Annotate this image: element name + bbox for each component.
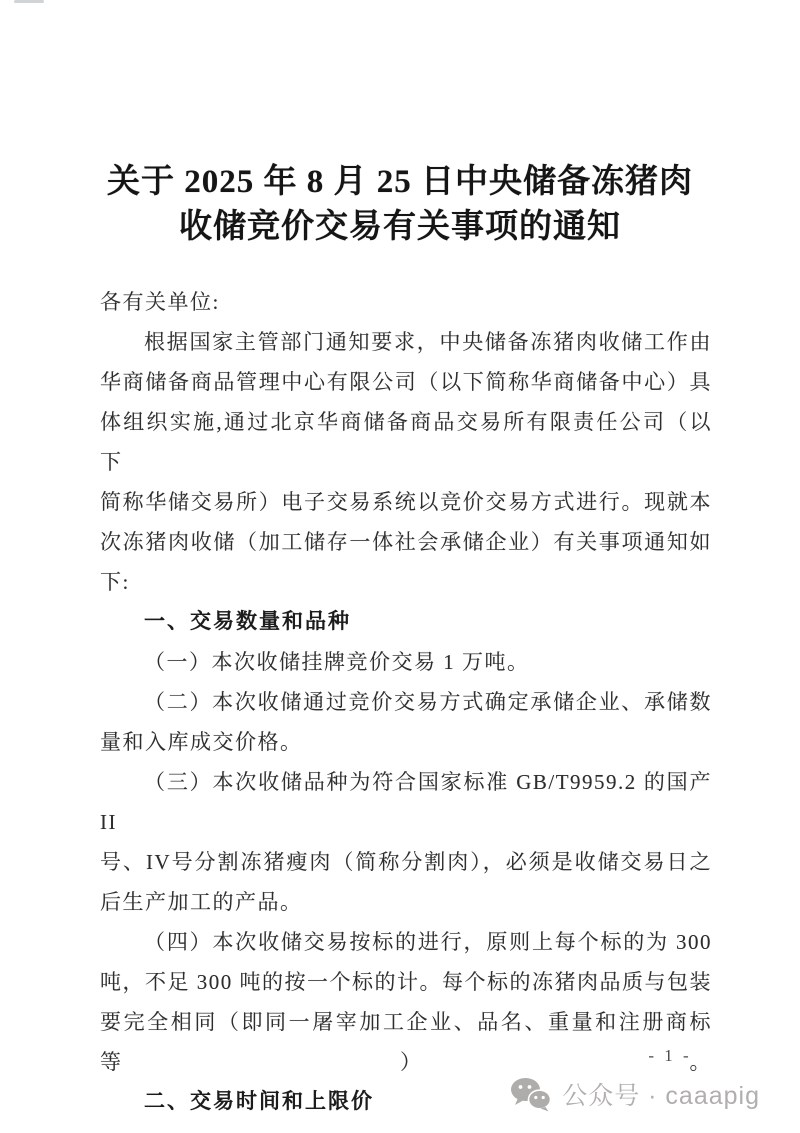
watermark: 公众号 · caaapig xyxy=(510,1076,760,1112)
title-line-2: 收储竞价交易有关事项的通知 xyxy=(0,205,800,250)
body-line: 体组织实施,通过北京华商储备商品交易所有限责任公司（以下 xyxy=(100,402,712,482)
title-line-1: 关于 2025 年 8 月 25 日中央储备冻猪肉 xyxy=(0,160,800,205)
body-line: 次冻猪肉收储（加工储存一体社会承储企业）有关事项通知如 xyxy=(100,522,712,562)
body-line: 后生产加工的产品。 xyxy=(100,882,712,922)
wechat-icon xyxy=(510,1076,552,1112)
body-line: 华商储备商品管理中心有限公司（以下简称华商储备中心）具 xyxy=(100,362,712,402)
document-body: 各有关单位:根据国家主管部门通知要求，中央储备冻猪肉收储工作由华商储备商品管理中… xyxy=(100,282,712,1122)
body-line: 各有关单位: xyxy=(100,282,712,322)
document-page: 关于 2025 年 8 月 25 日中央储备冻猪肉 收储竞价交易有关事项的通知 … xyxy=(0,0,800,1133)
body-line: 要完全相同（即同一屠宰加工企业、品名、重量和注册商标等）。 xyxy=(100,1002,712,1082)
scan-artifact xyxy=(14,0,44,3)
body-line: 吨，不足 300 吨的按一个标的计。每个标的冻猪肉品质与包装 xyxy=(100,962,712,1002)
body-line: 号、IV号分割冻猪瘦肉（简称分割肉），必须是收储交易日之 xyxy=(100,842,712,882)
watermark-label: 公众号 · caaapig xyxy=(562,1076,760,1112)
body-line: 简称华储交易所）电子交易系统以竞价交易方式进行。现就本 xyxy=(100,482,712,522)
page-number: - 1 - xyxy=(620,1046,720,1066)
body-line: 量和入库成交价格。 xyxy=(100,722,712,762)
body-line: 下: xyxy=(100,562,712,602)
body-line: 根据国家主管部门通知要求，中央储备冻猪肉收储工作由 xyxy=(100,322,712,362)
body-line: （二）本次收储通过竞价交易方式确定承储企业、承储数 xyxy=(100,682,712,722)
document-title: 关于 2025 年 8 月 25 日中央储备冻猪肉 收储竞价交易有关事项的通知 xyxy=(0,160,800,250)
body-line: 一、交易数量和品种 xyxy=(100,602,712,642)
body-line: （四）本次收储交易按标的进行，原则上每个标的为 300 xyxy=(100,922,712,962)
body-line: （一）本次收储挂牌竞价交易 1 万吨。 xyxy=(100,642,712,682)
body-line: （三）本次收储品种为符合国家标准 GB/T9959.2 的国产II xyxy=(100,762,712,842)
